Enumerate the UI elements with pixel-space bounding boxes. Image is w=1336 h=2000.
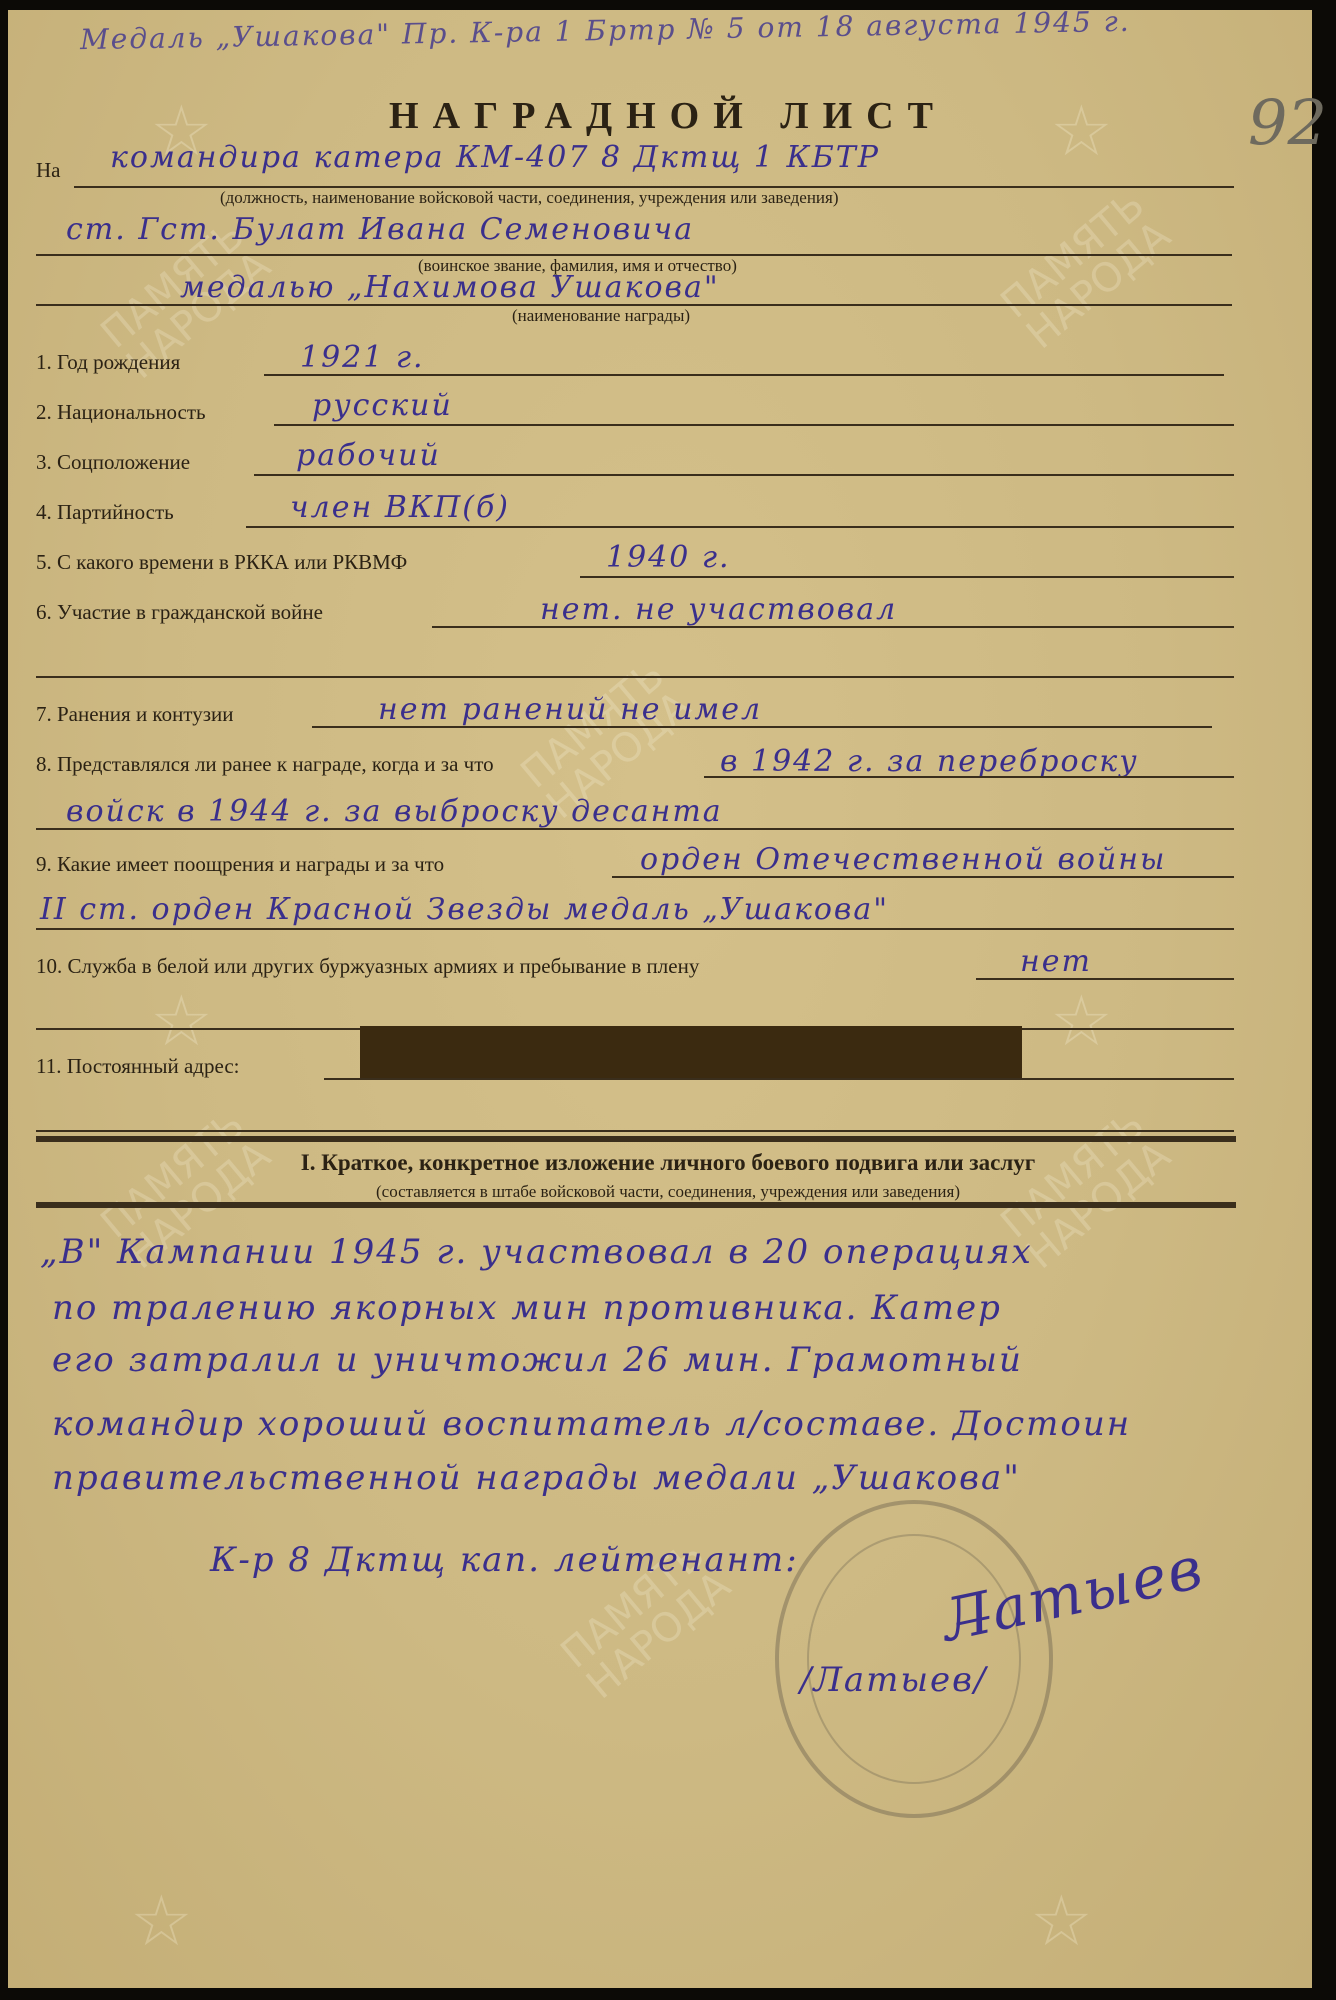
field-value-prior-awards-cont: войск в 1944 г. за выброску десанта bbox=[66, 794, 723, 829]
award-value: медалью „Нахимова Ушакова" bbox=[180, 270, 720, 305]
field-value-nationality: русский bbox=[312, 388, 453, 423]
watermark-star-icon: ☆ bbox=[1030, 1880, 1093, 1962]
merit-text-line: „В" Кампании 1945 г. участвовал в 20 опе… bbox=[40, 1232, 1033, 1272]
name-value: ст. Гст. Булат Ивана Семеновича bbox=[66, 212, 694, 247]
signature-name: /Латыев/ bbox=[800, 1660, 987, 1700]
section-title: I. Краткое, конкретное изложение личного… bbox=[0, 1150, 1336, 1176]
award-caption: (наименование награды) bbox=[512, 306, 690, 326]
field-value-civil-war: нет. не участвовал bbox=[540, 592, 897, 627]
field-value-decorations: орден Отечественной войны bbox=[640, 842, 1166, 877]
field-label-white-army: 10. Служба в белой или других буржуазных… bbox=[36, 954, 699, 979]
field-value-birth-year: 1921 г. bbox=[300, 340, 425, 375]
field-label-nationality: 2. Национальность bbox=[36, 400, 206, 425]
redacted-address bbox=[360, 1026, 1022, 1078]
section-subtitle: (составляется в штабе войсковой части, с… bbox=[0, 1182, 1336, 1202]
signature-role: К-р 8 Дктщ кап. лейтенант: bbox=[210, 1540, 799, 1580]
field-value-prior-awards: в 1942 г. за переброску bbox=[720, 744, 1139, 779]
field-label-service-since: 5. С какого времени в РККА или РКВМФ bbox=[36, 550, 407, 575]
field-label-social-status: 3. Соцположение bbox=[36, 450, 190, 475]
field-value-service-since: 1940 г. bbox=[606, 540, 731, 575]
official-stamp bbox=[775, 1500, 1053, 1818]
position-value: командира катера КМ-407 8 Дктщ 1 КБТР bbox=[110, 140, 880, 175]
merit-text-line: по тралению якорных мин противника. Кате… bbox=[52, 1288, 1002, 1328]
field-label-decorations: 9. Какие имеет поощрения и награды и за … bbox=[36, 852, 444, 877]
document-title: НАГРАДНОЙ ЛИСТ bbox=[0, 94, 1336, 138]
merit-text-line: правительственной награды медали „Ушаков… bbox=[52, 1458, 1021, 1498]
position-caption: (должность, наименование войсковой части… bbox=[220, 188, 839, 208]
prefix-label: На bbox=[36, 158, 61, 183]
field-value-social-status: рабочий bbox=[296, 438, 441, 473]
merit-text-line: командир хороший воспитатель л/составе. … bbox=[52, 1404, 1131, 1444]
watermark-star-icon: ☆ bbox=[130, 1880, 193, 1962]
field-value-wounds: нет ранений не имел bbox=[378, 692, 762, 727]
field-label-prior-awards: 8. Представлялся ли ранее к награде, ког… bbox=[36, 752, 494, 777]
watermark-star-icon: ☆ bbox=[1050, 980, 1113, 1062]
field-value-decorations-cont: II ст. орден Красной Звезды медаль „Ушак… bbox=[40, 892, 889, 927]
field-label-address: 11. Постоянный адрес: bbox=[36, 1054, 239, 1079]
field-value-white-army: нет bbox=[1020, 944, 1092, 979]
field-label-party: 4. Партийность bbox=[36, 500, 174, 525]
field-value-party: член ВКП(б) bbox=[290, 490, 510, 525]
field-label-civil-war: 6. Участие в гражданской войне bbox=[36, 600, 323, 625]
merit-text-line: его затралил и уничтожил 26 мин. Грамотн… bbox=[52, 1340, 1023, 1380]
watermark-star-icon: ☆ bbox=[150, 980, 213, 1062]
field-label-birth-year: 1. Год рождения bbox=[36, 350, 180, 375]
field-label-wounds: 7. Ранения и контузии bbox=[36, 702, 233, 727]
